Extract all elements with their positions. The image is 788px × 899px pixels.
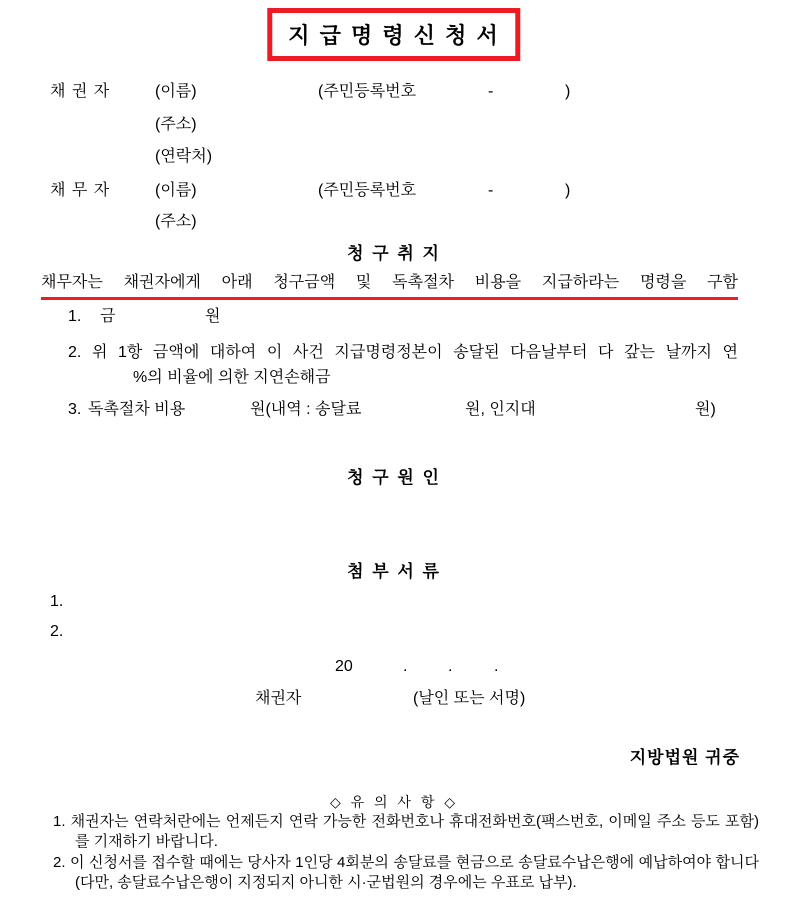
debtor-rrn-close-paren: ) (565, 181, 570, 201)
debtor-address-label: (주소) (155, 212, 197, 232)
document-page: 지 급 명 령 신 청 서 채 권 자 (이름) (주민등록번호 - ) (주소… (0, 0, 788, 899)
attachment-item-2: 2. (50, 622, 63, 642)
date-dot-end: . (494, 657, 498, 677)
note-item-2: 2. 이 신청서를 접수할 때에는 당사자 1인당 4회분의 송달료를 현금으로… (53, 853, 759, 893)
claim-item-2-no: 2. (68, 344, 81, 361)
creditor-rrn-label: (주민등록번호 (318, 82, 416, 102)
creditor-name-label: (이름) (155, 82, 197, 102)
claim-item-3-part1: 원(내역 : 송달료 (250, 400, 361, 420)
creditor-contact-label: (연락처) (155, 147, 212, 167)
claim-item-2-line2: %의 비율에 의한 지연손해금 (133, 368, 331, 388)
debtor-label: 채 무 자 (50, 181, 110, 201)
claim-item-3-no: 3. (68, 400, 81, 420)
creditor-label: 채 권 자 (50, 82, 110, 102)
court-label: 지방법원 귀중 (630, 747, 740, 768)
page-title: 지 급 명 령 신 청 서 (288, 23, 499, 48)
claim-item-2-line1: 2. 위 1항 금액에 대하여 이 사건 지급명령정본이 송달된 다음날부터 다… (68, 339, 738, 362)
debtor-rrn-dash: - (488, 181, 493, 201)
notes-heading: ◇ 유 의 사 항 ◇ (0, 792, 788, 812)
note-item-1-text: 채권자는 연락처란에는 언제든지 연락 가능한 전화번호나 휴대전화번호(팩스번… (71, 813, 759, 850)
creditor-address-label: (주소) (155, 115, 197, 135)
date-dot-day: . (448, 657, 452, 677)
creditor-rrn-close-paren: ) (565, 82, 570, 102)
claim-cause-heading: 청 구 원 인 (0, 463, 788, 488)
debtor-rrn-label: (주민등록번호 (318, 181, 416, 201)
claim-item-1-label: 금 (100, 307, 115, 327)
claim-item-3-label: 독촉절차 비용 (88, 400, 185, 420)
signature-creditor-label: 채권자 (255, 689, 301, 709)
claim-item-1-no: 1. (68, 307, 81, 327)
debtor-name-label: (이름) (155, 181, 197, 201)
date-dot-month: . (403, 657, 407, 677)
attachment-item-1: 1. (50, 592, 63, 612)
claim-item-1-unit: 원 (205, 307, 220, 327)
attachments-heading: 첨 부 서 류 (0, 557, 788, 582)
claim-item-3-part2: 원, 인지대 (465, 400, 536, 420)
claim-statement: 채무자는 채권자에게 아래 청구금액 및 독촉절차 비용을 지급하라는 명령을 … (41, 269, 738, 300)
title-box: 지 급 명 령 신 청 서 (267, 8, 520, 61)
claim-item-3-part3: 원) (695, 400, 716, 420)
claim-item-2-text: 위 1항 금액에 대하여 이 사건 지급명령정본이 송달된 다음날부터 다 갚는… (92, 344, 738, 361)
claim-purpose-heading: 청 구 취 지 (0, 239, 788, 264)
creditor-rrn-dash: - (488, 82, 493, 102)
note-item-2-text: 이 신청서를 접수할 때에는 당사자 1인당 4회분의 송달료를 현금으로 송달… (70, 854, 759, 891)
note-item-2-no: 2. (53, 854, 66, 871)
note-item-1: 1. 채권자는 연락처란에는 언제든지 연락 가능한 전화번호나 휴대전화번호(… (53, 812, 759, 852)
date-year-prefix: 20 (335, 657, 353, 677)
note-item-1-no: 1. (53, 813, 66, 830)
signature-seal-label: (날인 또는 서명) (413, 689, 525, 709)
